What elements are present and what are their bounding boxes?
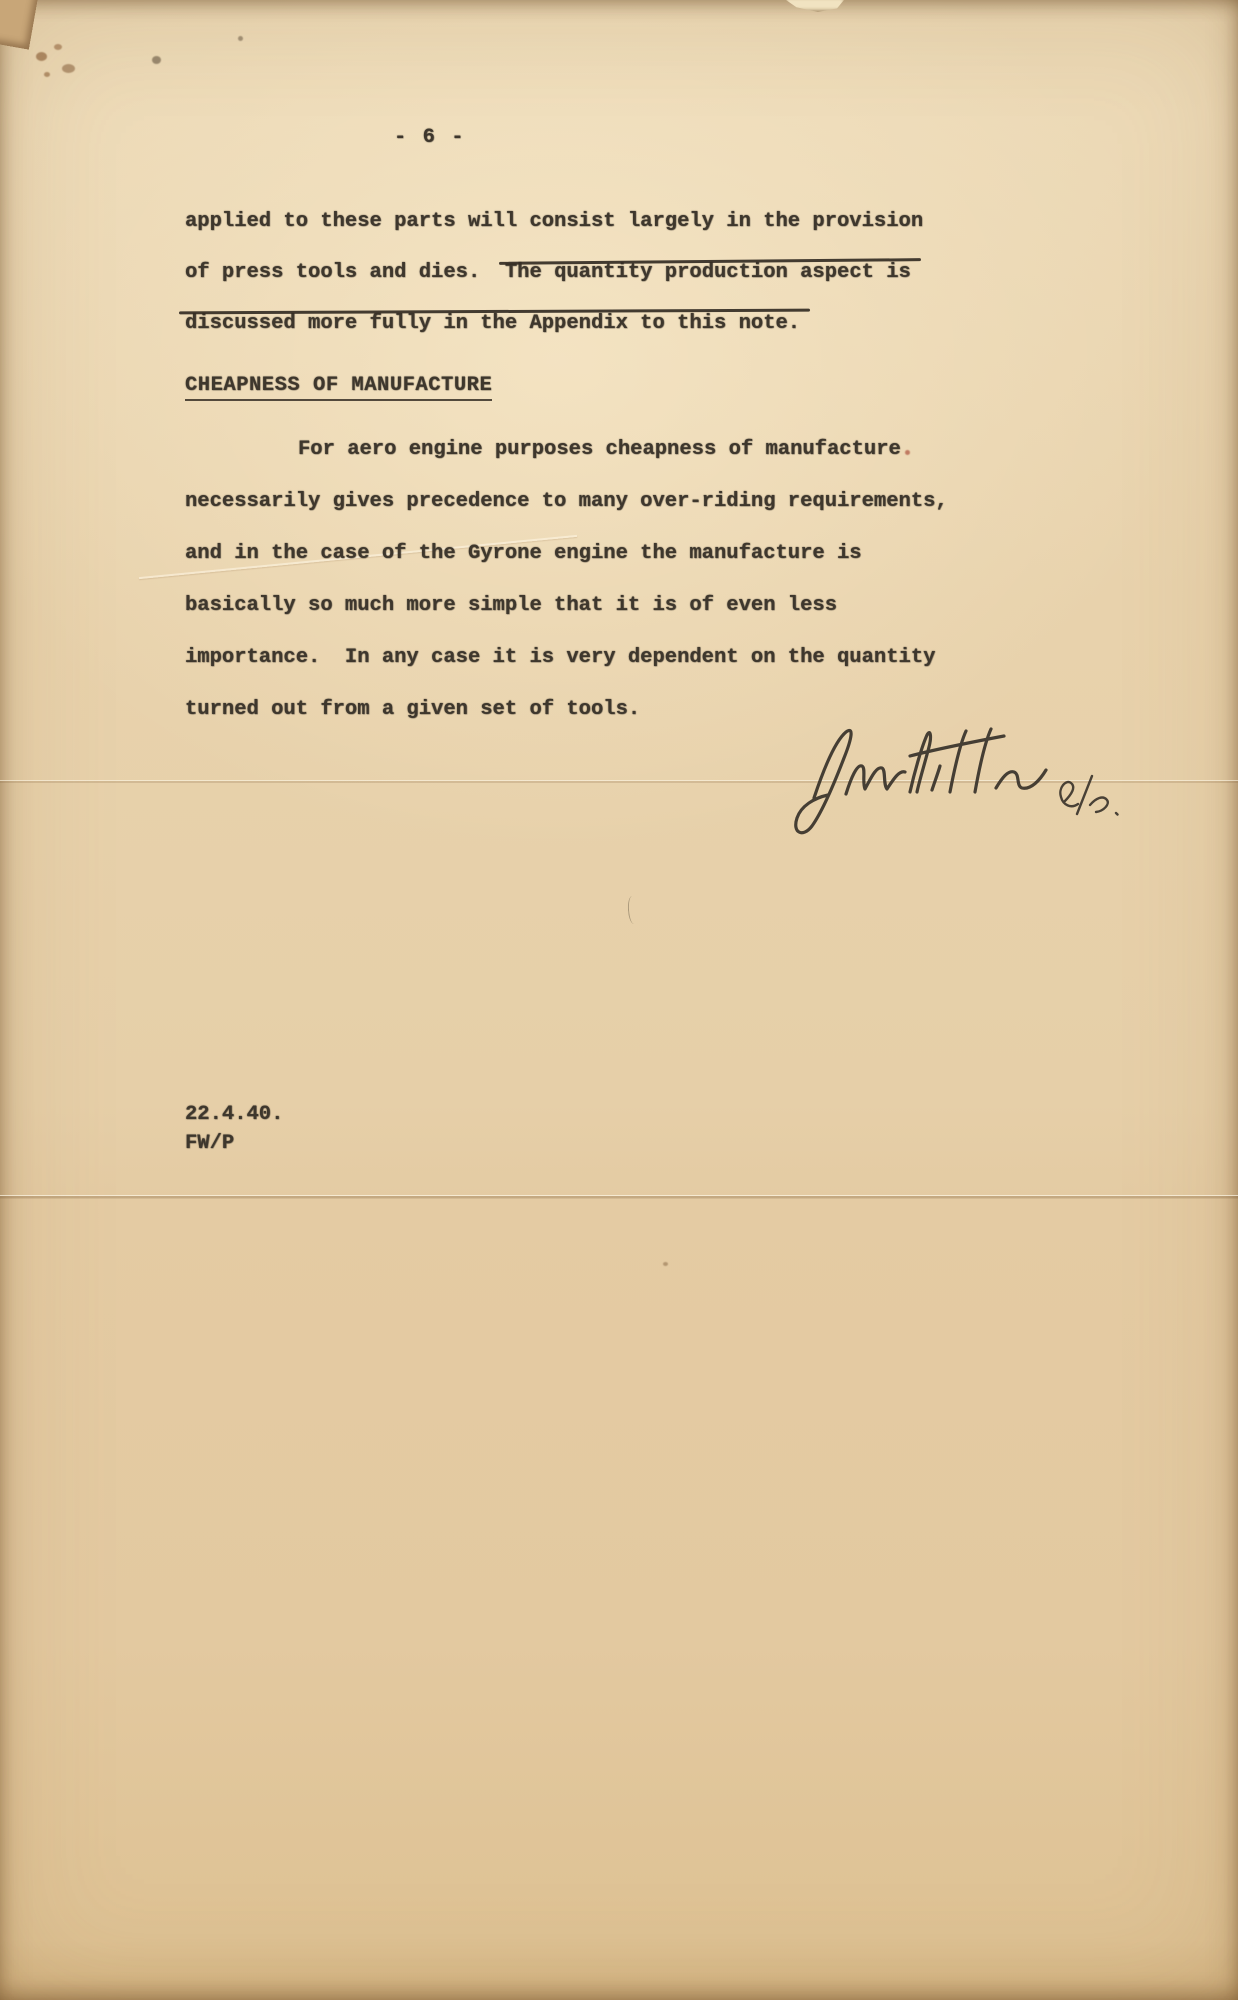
- stain-mark: [36, 52, 47, 61]
- typed-line: applied to these parts will consist larg…: [185, 196, 923, 247]
- page-number: - 6 -: [394, 126, 466, 149]
- torn-edge: [786, 0, 844, 12]
- signature: [772, 702, 1142, 862]
- stain-mark: [54, 44, 62, 50]
- document-page: - 6 - applied to these parts will consis…: [0, 0, 1238, 2000]
- typed-line: importance. In any case it is very depen…: [185, 632, 948, 684]
- main-paragraph: For aero engine purposes cheapness of ma…: [185, 424, 948, 736]
- stain-mark: [44, 72, 50, 77]
- stain-mark: [238, 36, 243, 41]
- initials-line: FW/P: [185, 1129, 283, 1158]
- torn-corner: [0, 0, 39, 50]
- typed-line: of press tools and dies. The quantity pr…: [185, 247, 923, 298]
- pen-mark: [627, 896, 639, 925]
- typed-line: basically so much more simple that it is…: [185, 580, 948, 632]
- stain-mark: [62, 64, 75, 73]
- signature-ink: [772, 702, 1142, 862]
- paragraph-continuation: applied to these parts will consist larg…: [185, 196, 923, 349]
- typed-line: For aero engine purposes cheapness of ma…: [185, 424, 948, 476]
- strikethrough-text: The quantity production aspect is: [505, 247, 911, 298]
- date-line: 22.4.40.: [185, 1100, 283, 1129]
- date-reference-block: 22.4.40. FW/P: [185, 1100, 283, 1158]
- section-heading: CHEAPNESS OF MANUFACTURE: [185, 374, 492, 401]
- stain-mark: [663, 1262, 668, 1266]
- fold-crease: [0, 1195, 1238, 1199]
- typed-text: of press tools and dies.: [185, 261, 505, 284]
- strikethrough-text: discussed more fully in the Appendix to …: [185, 298, 800, 349]
- typed-line: and in the case of the Gyrone engine the…: [185, 528, 948, 580]
- typed-line: discussed more fully in the Appendix to …: [185, 298, 923, 349]
- typed-line: necessarily gives precedence to many ove…: [185, 476, 948, 528]
- stain-mark: [152, 56, 161, 64]
